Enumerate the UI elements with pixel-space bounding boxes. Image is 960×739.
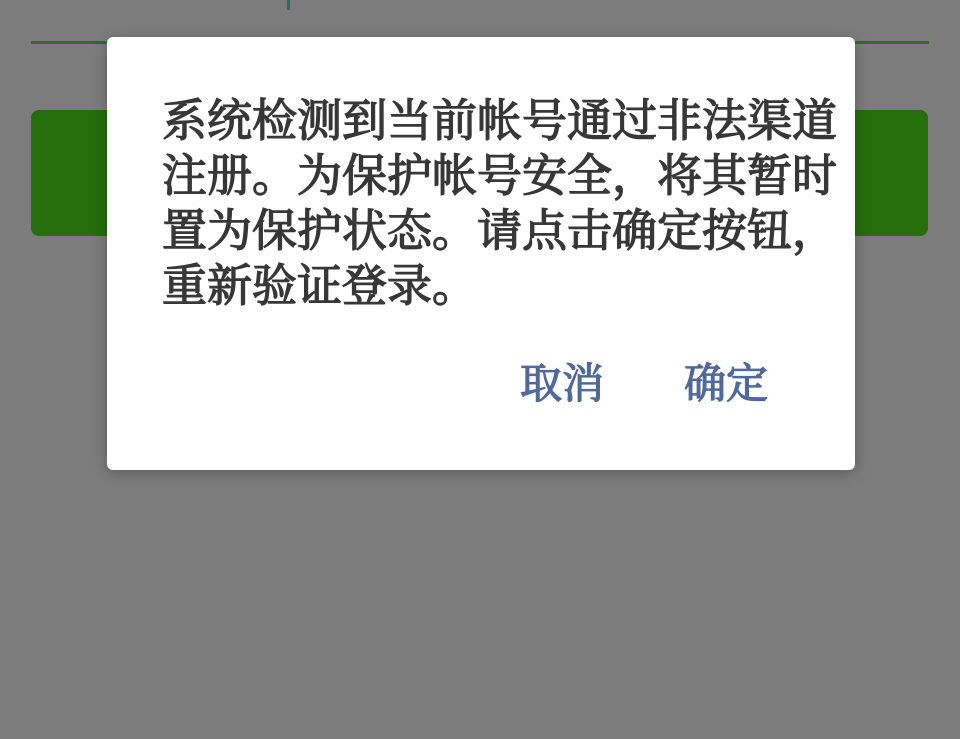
dialog-message: 系统检测到当前帐号通过非法渠道 注册。为保护帐号安全，将其暂时 置为保护状态。请… [162,93,807,313]
dialog-message-line: 重新验证登录。 [162,258,807,313]
dialog-message-line: 系统检测到当前帐号通过非法渠道 [162,93,807,148]
screen: 系统检测到当前帐号通过非法渠道 注册。为保护帐号安全，将其暂时 置为保护状态。请… [0,0,960,739]
confirm-button[interactable]: 确定 [684,359,768,409]
dialog-message-line: 置为保护状态。请点击确定按钮， [162,203,807,258]
dialog-actions: 取消 确定 [520,359,768,409]
alert-dialog: 系统检测到当前帐号通过非法渠道 注册。为保护帐号安全，将其暂时 置为保护状态。请… [107,37,855,470]
text-cursor-tick [287,0,290,10]
dialog-message-line: 注册。为保护帐号安全，将其暂时 [162,148,807,203]
cancel-button[interactable]: 取消 [520,359,604,409]
